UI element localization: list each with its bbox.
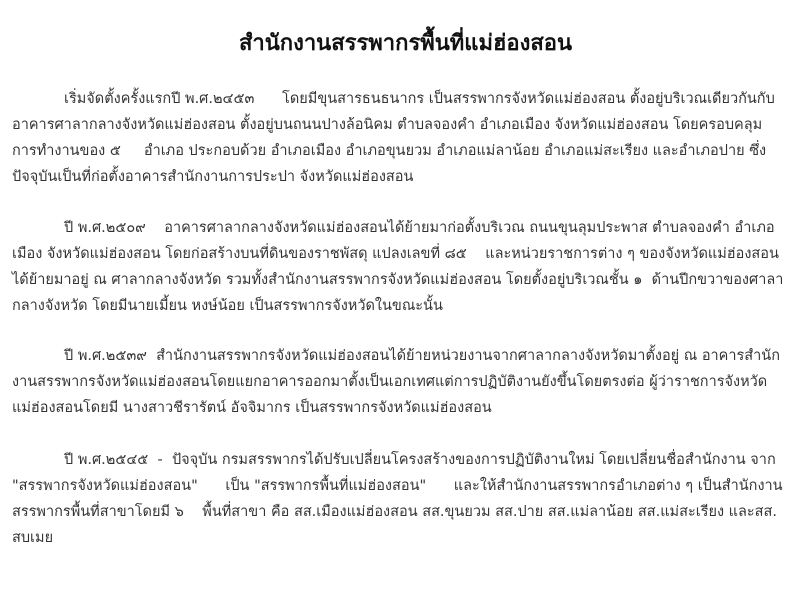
paragraph-line: เริ่มจัดตั้งครั้งแรกปี พ.ศ.๒๔๕๓ โดยมีขุน… [12,86,802,112]
page-title: สำนักงานสรรพากรพื้นที่แม่ฮ่องสอน [0,26,811,62]
paragraph-line: กลางจังหวัด โดยมีนายเมี้ยน หงษ์น้อย เป็น… [12,293,802,319]
paragraph-founding-2453: เริ่มจัดตั้งครั้งแรกปี พ.ศ.๒๔๕๓ โดยมีขุน… [12,86,802,190]
paragraph-restructure-2545: ปี พ.ศ.๒๕๔๕ - ปัจจุบัน กรมสรรพากรได้ปรับ… [12,447,802,551]
paragraph-line: ปี พ.ศ.๒๕๔๕ - ปัจจุบัน กรมสรรพากรได้ปรับ… [12,447,802,473]
paragraph-line: อาคารศาลากลางจังหวัดแม่ฮ่องสอน ตั้งอยู่บ… [12,112,802,138]
paragraph-line: การทำงานของ ๕ อำเภอ ประกอบด้วย อำเภอเมือ… [12,138,802,164]
paragraph-line: แม่ฮ่องสอนโดยมี นางสาวชีรารัตน์ อัจจิมาก… [12,395,802,421]
paragraph-line: สรรพากรพื้นที่สาขาโดยมี ๖ พื้นที่สาขา คื… [12,499,802,525]
paragraph-relocation-2509: ปี พ.ศ.๒๕๐๙ อาคารศาลากลางจังหวัดแม่ฮ่องส… [12,215,802,319]
paragraph-line: งานสรรพากรจังหวัดแม่ฮ่องสอนโดยแยกอาคารออ… [12,369,802,395]
paragraph-line: "สรรพากรจังหวัดแม่ฮ่องสอน" เป็น "สรรพากร… [12,473,802,499]
paragraph-line: เมือง จังหวัดแม่ฮ่องสอน โดยก่อสร้างบนที่… [12,241,802,267]
paragraph-separate-building-2539: ปี พ.ศ.๒๕๓๙ สำนักงานสรรพากรจังหวัดแม่ฮ่อ… [12,343,802,421]
paragraph-line: ปี พ.ศ.๒๕๐๙ อาคารศาลากลางจังหวัดแม่ฮ่องส… [12,215,802,241]
paragraph-line: ได้ย้ายมาอยู่ ณ ศาลากลางจังหวัด รวมทั้งส… [12,267,802,293]
paragraph-line: ปี พ.ศ.๒๕๓๙ สำนักงานสรรพากรจังหวัดแม่ฮ่อ… [12,343,802,369]
paragraph-line: ปัจจุบันเป็นที่ก่อตั้งอาคารสำนักงานการปร… [12,164,802,190]
paragraph-line: สบเมย [12,525,802,551]
